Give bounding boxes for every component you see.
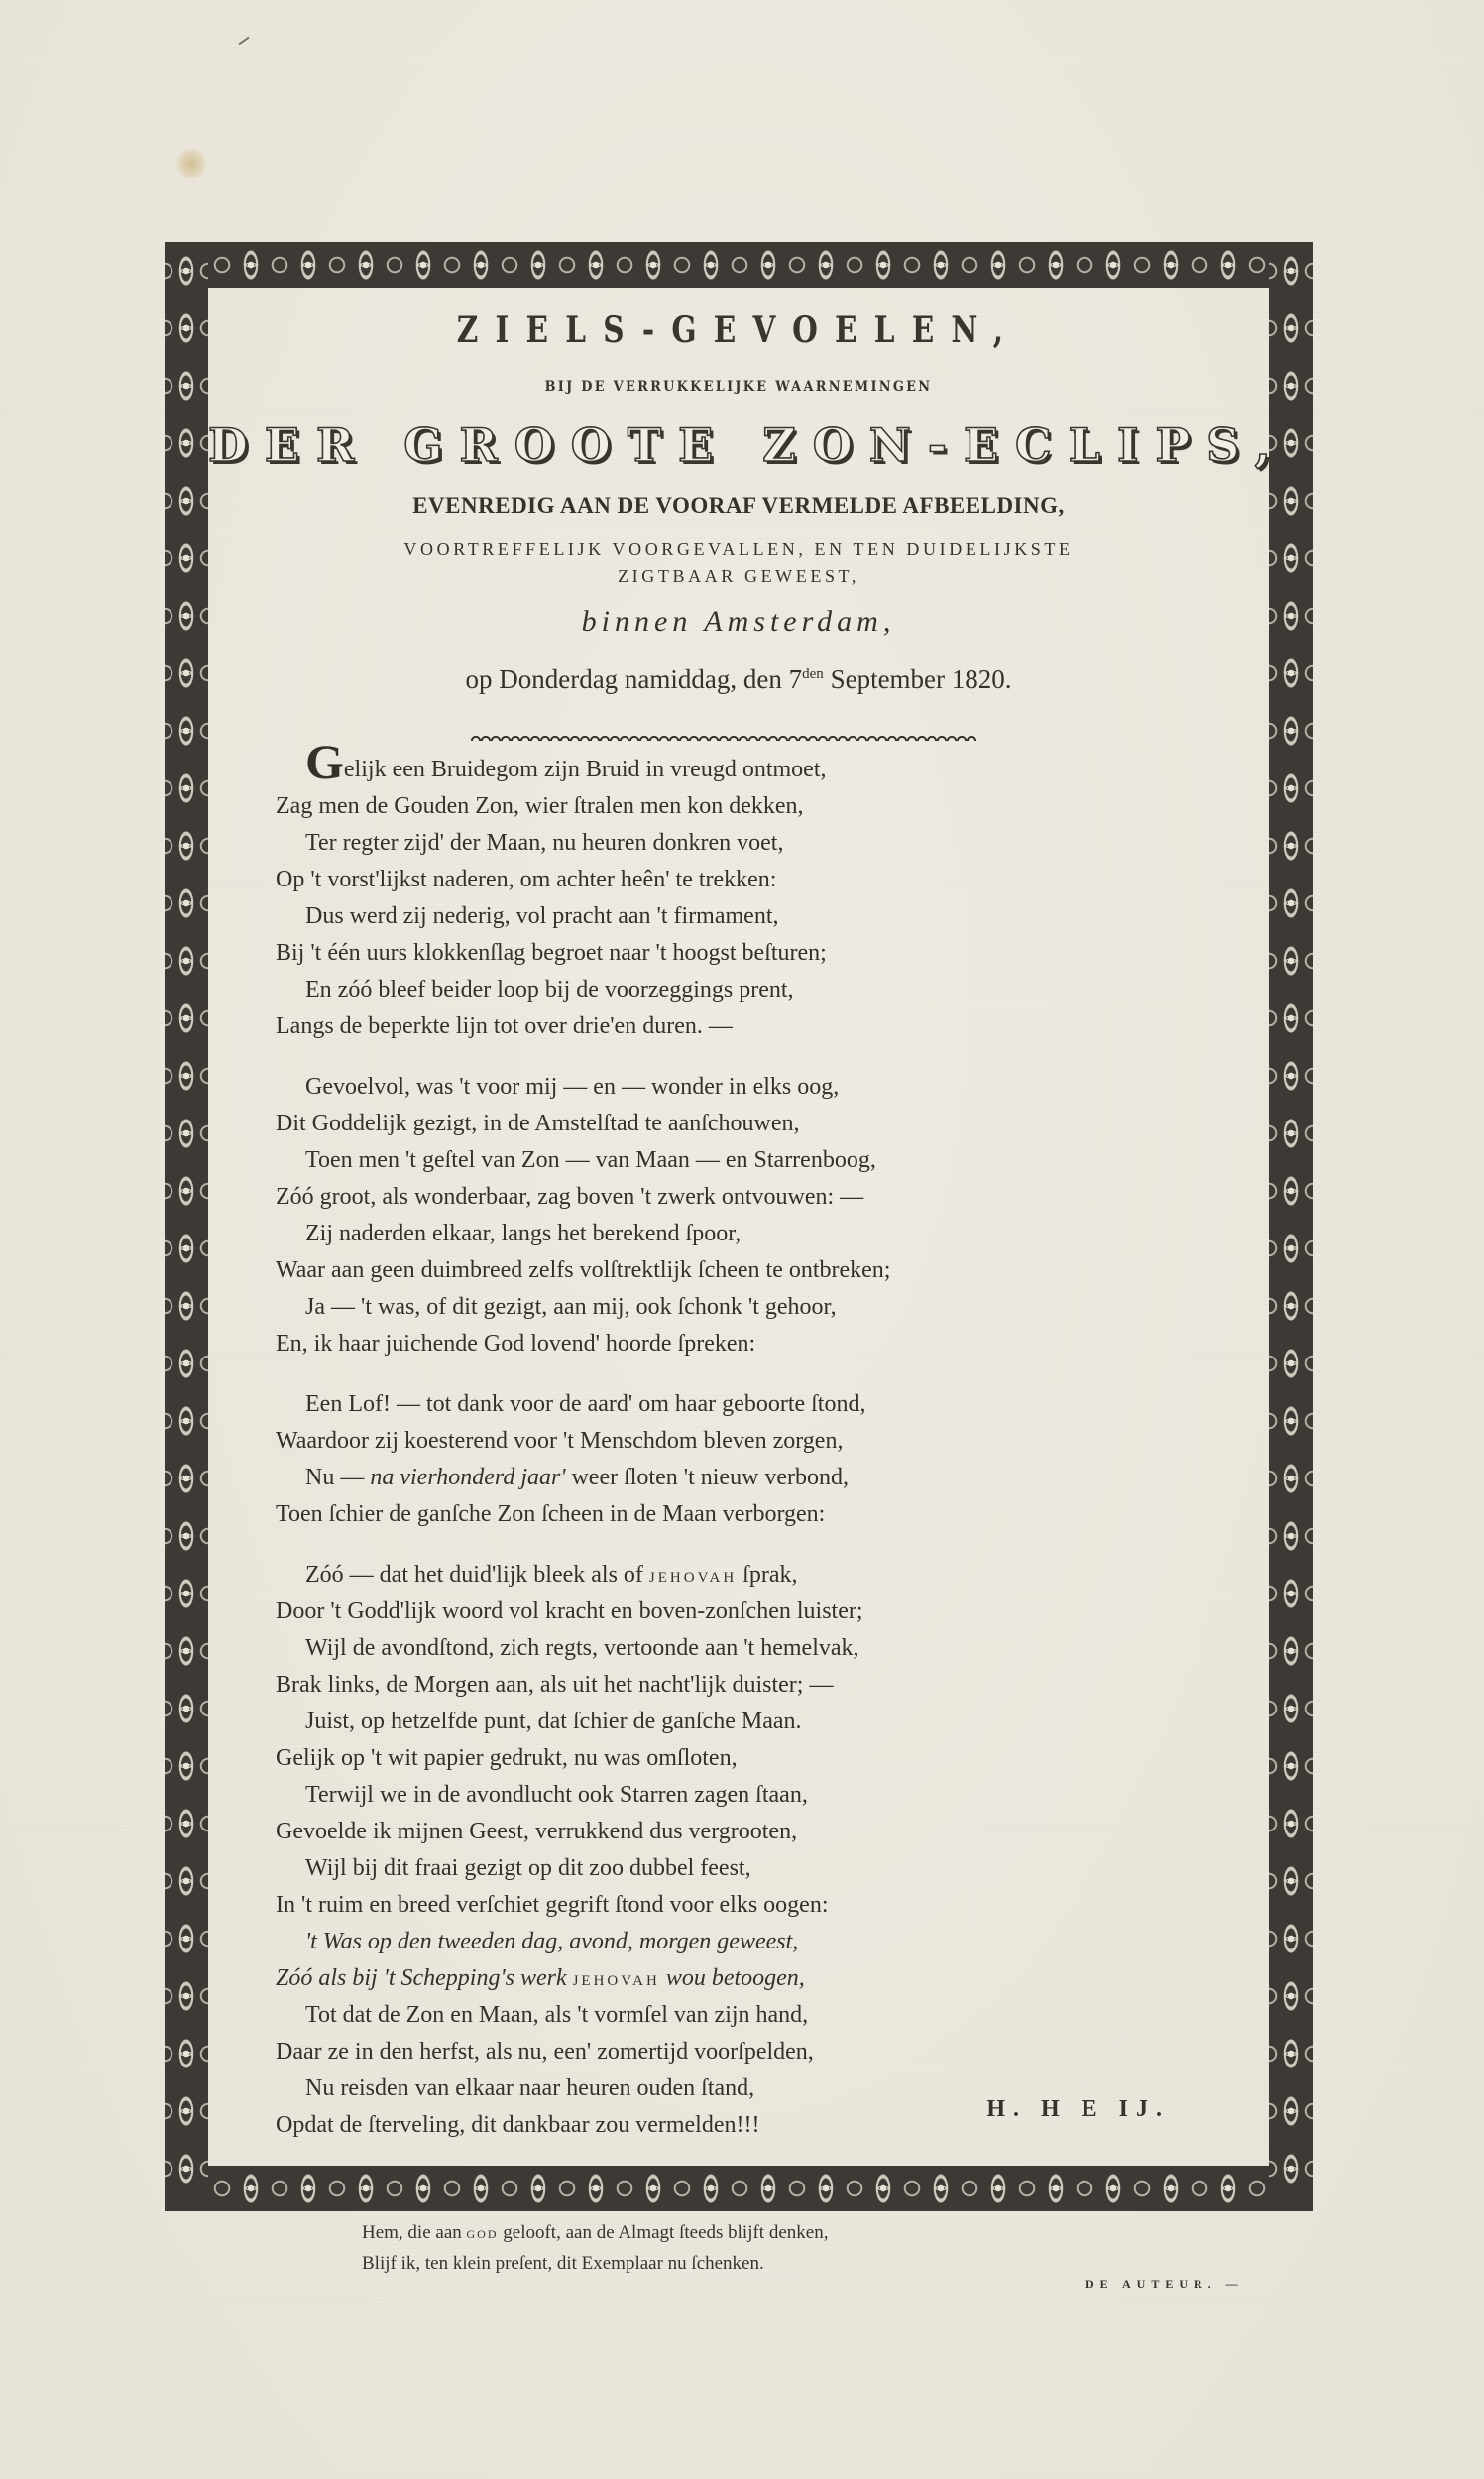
poem-line: Bij 't één uurs klokkenſlag begroet naar… bbox=[276, 935, 1267, 972]
poem-line: Op 't vorst'lijkst naderen, om achter he… bbox=[276, 862, 1267, 898]
title: ZIELS-GEVOELEN, bbox=[303, 309, 1173, 351]
poem-line: Toen ſchier de ganſche Zon ſcheen in de … bbox=[276, 1496, 1267, 1533]
poem-line: Zóó groot, als wonderbaar, zag boven 't … bbox=[276, 1179, 1267, 1216]
poem-line: Waardoor zij koesterend voor 't Menschdo… bbox=[276, 1423, 1267, 1460]
poem-line: Een Lof! — tot dank voor de aard' om haa… bbox=[276, 1386, 1267, 1423]
poem-line: En zóó bleef beider loop bij de voorzegg… bbox=[276, 972, 1267, 1008]
main-title: DER GROOTE ZON-ECLIPS, bbox=[208, 418, 1269, 472]
poem-line: 't Was op den tweeden dag, avond, morgen… bbox=[276, 1924, 1267, 1960]
border-right-ornament bbox=[1269, 242, 1313, 2211]
heading-line-c: ZIGTBAAR GEWEEST, bbox=[208, 566, 1269, 587]
poem-line: Ja — 't was, of dit gezigt, aan mij, ook… bbox=[276, 1289, 1267, 1326]
drop-cap: G bbox=[305, 734, 344, 789]
poem-line: Zij naderden elkaar, langs het berekend … bbox=[276, 1216, 1267, 1252]
place-line: binnen Amsterdam, bbox=[208, 605, 1269, 639]
poem-line: Gelijk een Bruidegom zijn Bruid in vreug… bbox=[276, 752, 1267, 788]
broadsheet-content: ZIELS-GEVOELEN, BIJ DE VERRUKKELIJKE WAA… bbox=[208, 288, 1269, 2166]
heading-line-a: EVENREDIG AAN DE VOORAF VERMELDE AFBEELD… bbox=[208, 493, 1269, 519]
foxing-stain bbox=[176, 147, 206, 180]
poem-line: Tot dat de Zon en Maan, als 't vormſel v… bbox=[276, 1997, 1267, 2034]
poem-line: Dus werd zij nederig, vol pracht aan 't … bbox=[276, 898, 1267, 935]
poem-line: Toen men 't geſtel van Zon — van Maan — … bbox=[276, 1142, 1267, 1179]
poem-line: Terwijl we in de avondlucht ook Starren … bbox=[276, 1777, 1267, 1814]
poem-line: Nu — na vierhonderd jaar' weer ſloten 't… bbox=[276, 1460, 1267, 1496]
poem-line: Gevoelde ik mijnen Geest, verrukkend dus… bbox=[276, 1814, 1267, 1850]
subtitle: BIJ DE VERRUKKELIJKE WAARNEMINGEN bbox=[251, 379, 1226, 395]
poem-line: Gelijk op 't wit papier gedrukt, nu was … bbox=[276, 1740, 1267, 1777]
border-left-ornament bbox=[165, 242, 208, 2211]
heading-line-b: VOORTREFFELIJK VOORGEVALLEN, EN TEN DUID… bbox=[208, 539, 1269, 560]
author-credit: DE AUTEUR. — bbox=[1085, 2277, 1244, 2292]
border-bottom-ornament bbox=[165, 2166, 1313, 2211]
dedication-line: Hem, die aan GOD gelooft, aan de Almagt … bbox=[362, 2218, 828, 2249]
poem-line: Zag men de Gouden Zon, wier ſtralen men … bbox=[276, 788, 1267, 825]
poem-line: Ter regter zijd' der Maan, nu heuren don… bbox=[276, 825, 1267, 862]
poem-line: In 't ruim en breed verſchiet gegrift ſt… bbox=[276, 1887, 1267, 1924]
border-top-ornament bbox=[165, 242, 1313, 288]
poem-line: Door 't Godd'lijk woord vol kracht en bo… bbox=[276, 1594, 1267, 1630]
wavy-separator bbox=[471, 731, 976, 741]
poem-line: Zóó — dat het duid'lijk bleek als of JEH… bbox=[276, 1557, 1267, 1594]
dedication-line: Blijf ik, ten klein preſent, dit Exempla… bbox=[362, 2249, 828, 2279]
author-signature: H. H E IJ. bbox=[986, 2096, 1170, 2123]
poem-line: Daar ze in den herfst, als nu, een' zome… bbox=[276, 2034, 1267, 2070]
poem-line: Wijl bij dit fraai gezigt op dit zoo dub… bbox=[276, 1850, 1267, 1887]
poem: Gelijk een Bruidegom zijn Bruid in vreug… bbox=[276, 752, 1267, 2144]
poem-line: Dit Goddelijk gezigt, in de Amstelſtad t… bbox=[276, 1106, 1267, 1142]
poem-line: Juist, op hetzelfde punt, dat ſchier de … bbox=[276, 1704, 1267, 1740]
poem-line: Brak links, de Morgen aan, als uit het n… bbox=[276, 1667, 1267, 1704]
poem-line: Zóó als bij 't Schepping's werk JEHOVAH … bbox=[276, 1960, 1267, 1997]
date-line: op Donderdag namiddag, den 7den Septembe… bbox=[208, 664, 1269, 695]
poem-line: En, ik haar juichende God lovend' hoorde… bbox=[276, 1326, 1267, 1362]
poem-line: Wijl de avondſtond, zich regts, vertoond… bbox=[276, 1630, 1267, 1667]
poem-line: Gevoelvol, was 't voor mij — en — wonder… bbox=[276, 1069, 1267, 1106]
poem-line: Langs de beperkte lijn tot over drie'en … bbox=[276, 1008, 1267, 1045]
dedication: Hem, die aan GOD gelooft, aan de Almagt … bbox=[362, 2218, 828, 2279]
poem-line: Waar aan geen duimbreed zelfs volſtrektl… bbox=[276, 1252, 1267, 1289]
paper-speck bbox=[239, 37, 250, 46]
